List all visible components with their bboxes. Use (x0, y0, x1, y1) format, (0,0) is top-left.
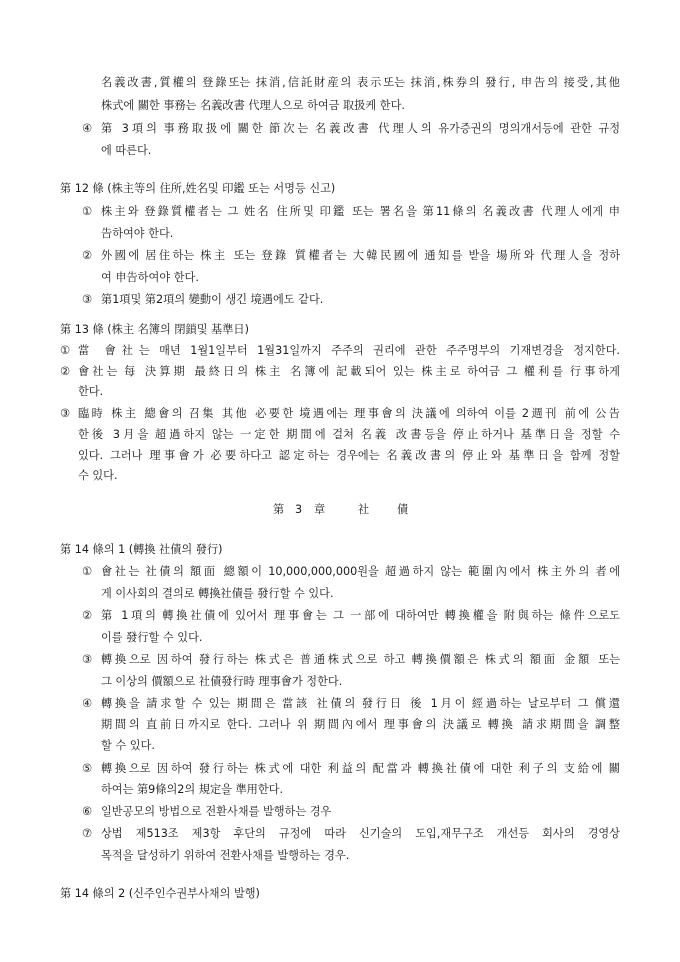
article14-1-item3-line: 轉換으로 因하여 發行하는 株式은 普通株式으로 하고 轉換價額은 株式의 額面… (101, 653, 620, 667)
article13-item1-line: 當 會社는 매년 1월1일부터 1월31일까지 주주의 권리에 관한 주주명부의… (78, 344, 620, 358)
item-number: ② (82, 249, 92, 263)
article14-1-item5-line: 하여는 第9條의2의 規定을 準用한다. (101, 783, 283, 797)
article-heading: 第 13 條 (株主 名簿의 閉鎖및 基準日) (60, 323, 249, 337)
chapter-number: 3 (295, 503, 302, 517)
article14-1-item2-line: 第 1項의 轉換社債에 있어서 理事會는 그 一部에 대하여만 轉換權을 附與하… (101, 609, 620, 623)
article13-item2-line: 會社는 每 決算期 最終日의 株主 名簿에 記載되어 있는 株主로 하여금 그 … (78, 365, 620, 379)
chapter-suffix: 章 (314, 503, 325, 517)
item-number: ④ (82, 697, 92, 711)
item-number: ① (82, 565, 92, 579)
article13-item3-line: 있다. 그러나 理事會가 必要하다고 認定하는 경우에는 名義改書의 停止와 基… (78, 449, 620, 463)
item-number: ③ (82, 653, 92, 667)
article12-item2-line: 外國에 居住하는 株主 또는 登錄 質權者는 大韓民國에 通知를 받을 場所와 … (101, 249, 620, 263)
item-number: ① (60, 344, 70, 358)
article14-1-item2-line: 이를 發行할 수 있다. (101, 631, 202, 645)
article14-1-item4-line: 轉換을 請求할 수 있는 期間은 當該 社債의 發行日 後 1月이 經過하는 날… (101, 697, 620, 711)
article-heading: 第 14 條의 1 (轉換 社債의 發行) (60, 543, 223, 557)
article14-1-item5-line: 轉換으로 因하여 發行하는 株式에 대한 利益의 配當과 轉換社債에 대한 利子… (101, 762, 620, 776)
article14-1-item1-line: 게 이사회의 결의로 轉換社債를 發行할 수 있다. (101, 587, 334, 601)
article-heading: 第 12 條 (株主等의 住所,姓名및 印鑑 또는 서명등 신고) (60, 182, 335, 196)
item-number: ⑥ (82, 805, 92, 819)
article13-item3-line: 한後 3月을 超過하지 않는 一定한 期間에 걸쳐 名義 改書등을 停止하거나 … (78, 428, 620, 442)
chapter-title-2: 債 (397, 503, 408, 517)
article11-item4-line: 第 3項의 事務取扱에 關한 節次는 名義改書 代理人의 유가증권의 명의개서등… (101, 122, 620, 136)
item-number: ② (82, 609, 92, 623)
item-number: ③ (60, 407, 70, 421)
article14-1-item7-line: 상법 제513조 제3항 후단의 규정에 따라 신기술의 도입,재무구조 개선등… (101, 827, 620, 841)
article13-item3-line: 수 있다. (78, 469, 118, 483)
article14-1-item7-line: 목적을 달성하기 위하여 전환사채를 발행하는 경우. (101, 849, 349, 863)
article13-item2-line: 한다. (78, 385, 103, 399)
article11-item4-line: 에 따른다. (101, 144, 151, 158)
item-number: ③ (82, 293, 92, 307)
item-number: ① (82, 205, 92, 219)
article12-item1-line: 株主와 登錄質權者는 그 姓名 住所및 印鑑 또는 署名을 第11條의 名義改書… (101, 205, 620, 219)
article12-item1-line: 告하여야 한다. (101, 227, 173, 241)
item-number: ② (60, 365, 70, 379)
article14-1-item4-line: 期間의 直前日까지로 한다. 그러나 위 期間內에서 理事會의 決議로 轉換 請… (101, 718, 620, 732)
item-number: ⑤ (82, 762, 92, 776)
item-number: ⑦ (82, 827, 92, 841)
chapter-title-1: 社 (358, 503, 369, 517)
article12-item2-line: 여 申告하여야 한다. (101, 271, 199, 285)
article13-item3-line: 臨時 株主 總會의 召集 其他 必要한 境遇에는 理事會의 決議에 의하여 이를… (78, 407, 620, 421)
article11-item3-line: 株式에 關한 事務는 名義改書 代理人으로 하여금 取扱케 한다. (101, 99, 405, 113)
article12-item3-line: 第1項및 第2項의 變動이 생긴 境遇에도 같다. (101, 293, 323, 307)
article14-1-item1-line: 會社는 社債의 額面 總額이 10,000,000,000원을 超過하지 않는 … (101, 565, 620, 579)
article14-1-item4-line: 할 수 있다. (101, 739, 155, 753)
article14-1-item3-line: 그 이상의 價額으로 社債發行時 理事會가 정한다. (101, 675, 342, 689)
article11-item3-line: 名義改書,質權의 登錄또는 抹消,信託財産의 表示또는 抹消,株券의 發行, 申… (101, 76, 620, 90)
article14-1-item6-line: 일반공모의 방법으로 전환사채를 발행하는 경우 (101, 805, 331, 819)
article-heading: 第 14 條의 2 (신주인수권부사채의 발행) (60, 887, 260, 901)
chapter-label: 第 (273, 503, 284, 517)
item-number: ④ (82, 122, 92, 136)
